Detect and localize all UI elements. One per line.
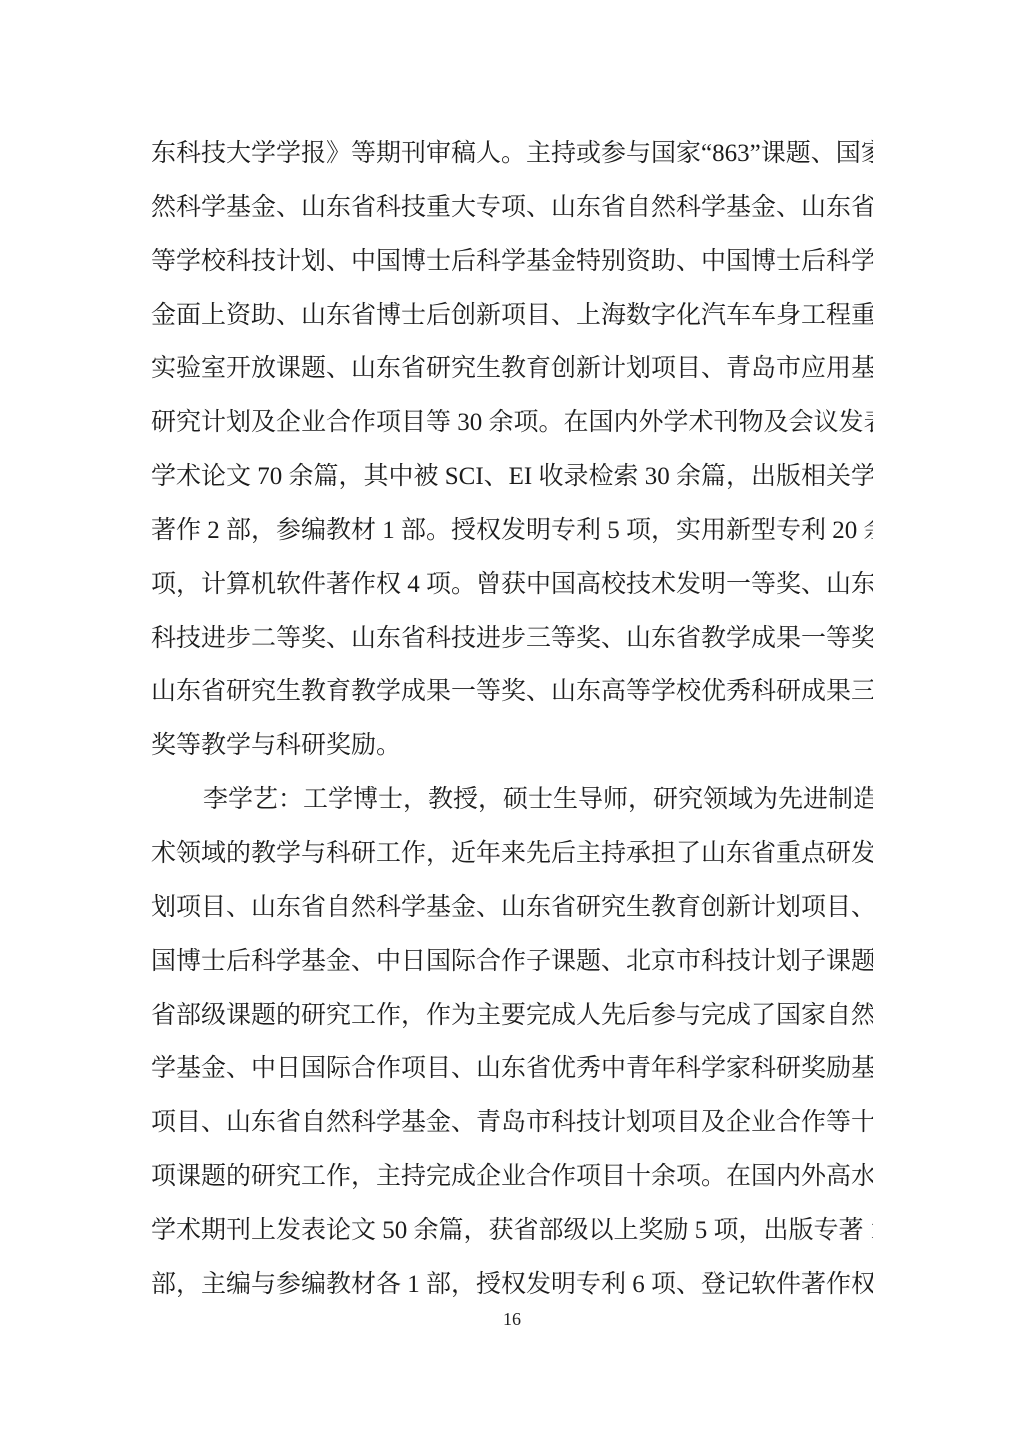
text-line: 项目、山东省自然科学基金、青岛市科技计划项目及企业合作等十余 — [151, 1096, 873, 1150]
text-line: 东科技大学学报》等期刊审稿人。主持或参与国家“863”课题、国家自 — [151, 127, 873, 181]
text-line: 等学校科技计划、中国博士后科学基金特别资助、中国博士后科学基 — [151, 235, 873, 289]
text-line: 部，主编与参编教材各 1 部，授权发明专利 6 项、登记软件著作权 10 — [151, 1258, 873, 1312]
text-line: 李学艺：工学博士，教授，硕士生导师，研究领域为先进制造技 — [151, 773, 873, 827]
text-line: 项，计算机软件著作权 4 项。曾获中国高校技术发明一等奖、山东省 — [151, 558, 873, 612]
text-line: 学术期刊上发表论文 50 余篇，获省部级以上奖励 5 项，出版专著 1 — [151, 1204, 873, 1258]
text-line: 国博士后科学基金、中日国际合作子课题、北京市科技计划子课题等 — [151, 935, 873, 989]
text-line: 然科学基金、山东省科技重大专项、山东省自然科学基金、山东省高 — [151, 181, 873, 235]
text-line: 学术论文 70 余篇，其中被 SCI、EI 收录检索 30 余篇，出版相关学术 — [151, 450, 873, 504]
text-line: 科技进步二等奖、山东省科技进步三等奖、山东省教学成果一等奖、 — [151, 612, 873, 666]
text-line: 山东省研究生教育教学成果一等奖、山东高等学校优秀科研成果三等 — [151, 665, 873, 719]
paragraph-1: 东科技大学学报》等期刊审稿人。主持或参与国家“863”课题、国家自 然科学基金、… — [151, 127, 873, 773]
paragraph-2: 李学艺：工学博士，教授，硕士生导师，研究领域为先进制造技 术领域的教学与科研工作… — [151, 773, 873, 1311]
page-number: 16 — [0, 1305, 1024, 1333]
document-page: 东科技大学学报》等期刊审稿人。主持或参与国家“863”课题、国家自 然科学基金、… — [0, 0, 1024, 1448]
text-line: 学基金、中日国际合作项目、山东省优秀中青年科学家科研奖励基金 — [151, 1042, 873, 1096]
text-line: 研究计划及企业合作项目等 30 余项。在国内外学术刊物及会议发表 — [151, 396, 873, 450]
text-line: 著作 2 部，参编教材 1 部。授权发明专利 5 项，实用新型专利 20 余 — [151, 504, 873, 558]
text-line: 奖等教学与科研奖励。 — [151, 719, 873, 773]
text-line: 实验室开放课题、山东省研究生教育创新计划项目、青岛市应用基础 — [151, 342, 873, 396]
text-line: 划项目、山东省自然科学基金、山东省研究生教育创新计划项目、中 — [151, 881, 873, 935]
text-line: 省部级课题的研究工作，作为主要完成人先后参与完成了国家自然科 — [151, 989, 873, 1043]
text-line: 金面上资助、山东省博士后创新项目、上海数字化汽车车身工程重点 — [151, 289, 873, 343]
body-text: 东科技大学学报》等期刊审稿人。主持或参与国家“863”课题、国家自 然科学基金、… — [151, 127, 873, 1312]
text-line: 术领域的教学与科研工作，近年来先后主持承担了山东省重点研发计 — [151, 827, 873, 881]
text-line: 项课题的研究工作，主持完成企业合作项目十余项。在国内外高水平 — [151, 1150, 873, 1204]
